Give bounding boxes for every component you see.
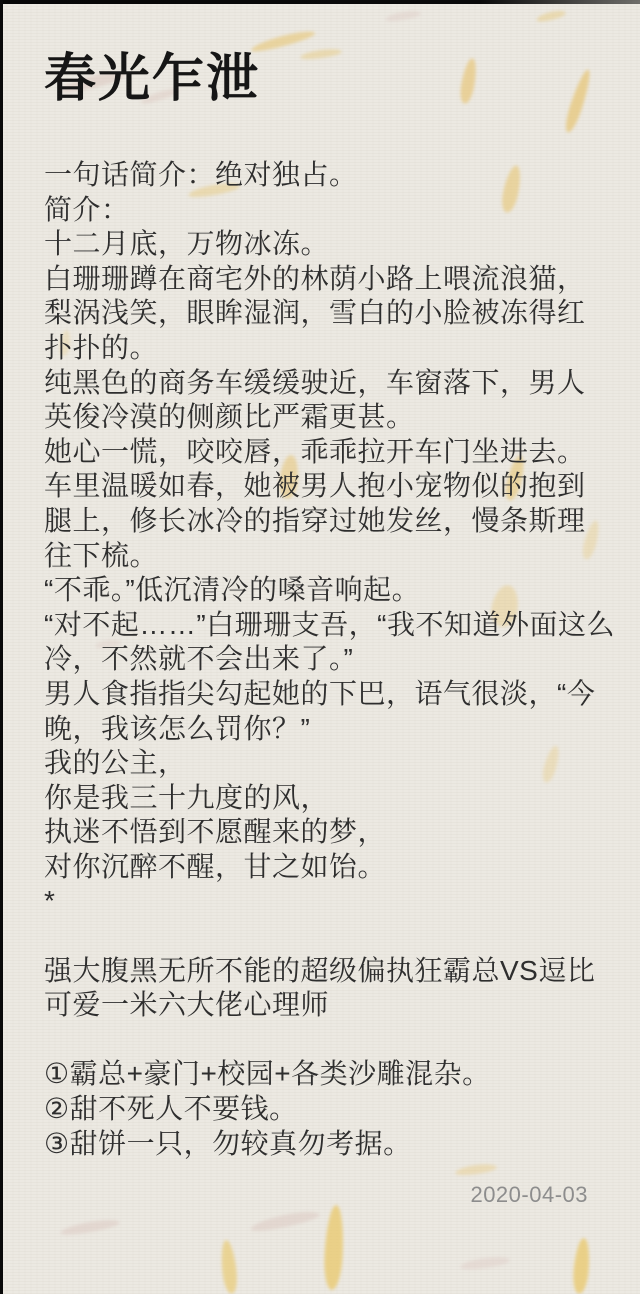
petal-decoration: [385, 9, 422, 23]
text-line: 梨涡浅笑，眼眸湿润，雪白的小脸被冻得红: [44, 296, 604, 331]
petal-decoration: [458, 57, 479, 105]
top-edge-artifact: [0, 0, 640, 4]
petal-decoration: [323, 1205, 345, 1291]
text-line: 你是我三十九度的风，: [44, 781, 604, 816]
petal-decoration: [460, 1255, 511, 1272]
text-line: 英俊冷漠的侧颜比严霜更甚。: [44, 400, 604, 435]
text-line: 她心一慌，咬咬唇，乖乖拉开车门坐进去。: [44, 435, 604, 470]
petal-decoration: [572, 1237, 592, 1294]
text-line: “对不起……”白珊珊支吾，“我不知道外面这么: [44, 608, 604, 643]
text-line: 男人食指指尖勾起她的下巴，语气很淡，“今: [44, 677, 604, 712]
text-line: 腿上，修长冰冷的指穿过她发丝，慢条斯理: [44, 504, 604, 539]
text-line: 十二月底，万物冰冻。: [44, 227, 604, 262]
text-line: 执迷不悟到不愿醒来的梦，: [44, 815, 604, 850]
petal-decoration: [60, 1217, 121, 1237]
publish-date: 2020-04-03: [470, 1183, 588, 1207]
text-line: 纯黑色的商务车缓缓驶近，车窗落下，男人: [44, 366, 604, 401]
petal-decoration: [562, 68, 594, 134]
petal-decoration: [535, 8, 566, 23]
text-line: *: [44, 884, 604, 919]
text-line: ③甜饼一只，勿较真勿考据。: [44, 1127, 604, 1162]
petal-decoration: [250, 1208, 321, 1234]
text-line: 扑扑的。: [44, 331, 604, 366]
petal-decoration: [455, 1162, 498, 1177]
petal-decoration: [219, 1239, 239, 1294]
text-line: 对你沉醉不醒，甘之如饴。: [44, 850, 604, 885]
text-line: 我的公主，: [44, 746, 604, 781]
book-title: 春光乍泄: [44, 48, 260, 110]
text-line: 简介：: [44, 193, 604, 228]
petal-decoration: [300, 47, 343, 61]
text-line: 往下梳。: [44, 539, 604, 574]
text-line: [44, 1023, 604, 1058]
text-line: “不乖。”低沉清冷的嗓音响起。: [44, 573, 604, 608]
novel-intro-page: 春光乍泄 一句话简介：绝对独占。 简介： 十二月底，万物冰冻。 白珊珊蹲在商宅外…: [0, 0, 640, 1294]
text-line: 冷，不然就不会出来了。”: [44, 642, 604, 677]
text-line: 可爱一米六大佬心理师: [44, 988, 604, 1023]
text-line: 一句话简介：绝对独占。: [44, 158, 604, 193]
text-line: 晚，我该怎么罚你？”: [44, 712, 604, 747]
text-line: 白珊珊蹲在商宅外的林荫小路上喂流浪猫，: [44, 262, 604, 297]
text-line: [44, 919, 604, 954]
text-line: 车里温暖如春，她被男人抱小宠物似的抱到: [44, 469, 604, 504]
text-line: ①霸总+豪门+校园+各类沙雕混杂。: [44, 1057, 604, 1092]
left-edge-artifact: [0, 0, 3, 1294]
text-line: ②甜不死人不要钱。: [44, 1092, 604, 1127]
synopsis-text: 一句话简介：绝对独占。 简介： 十二月底，万物冰冻。 白珊珊蹲在商宅外的林荫小路…: [44, 158, 604, 1161]
text-line: 强大腹黑无所不能的超级偏执狂霸总VS逗比: [44, 954, 604, 989]
